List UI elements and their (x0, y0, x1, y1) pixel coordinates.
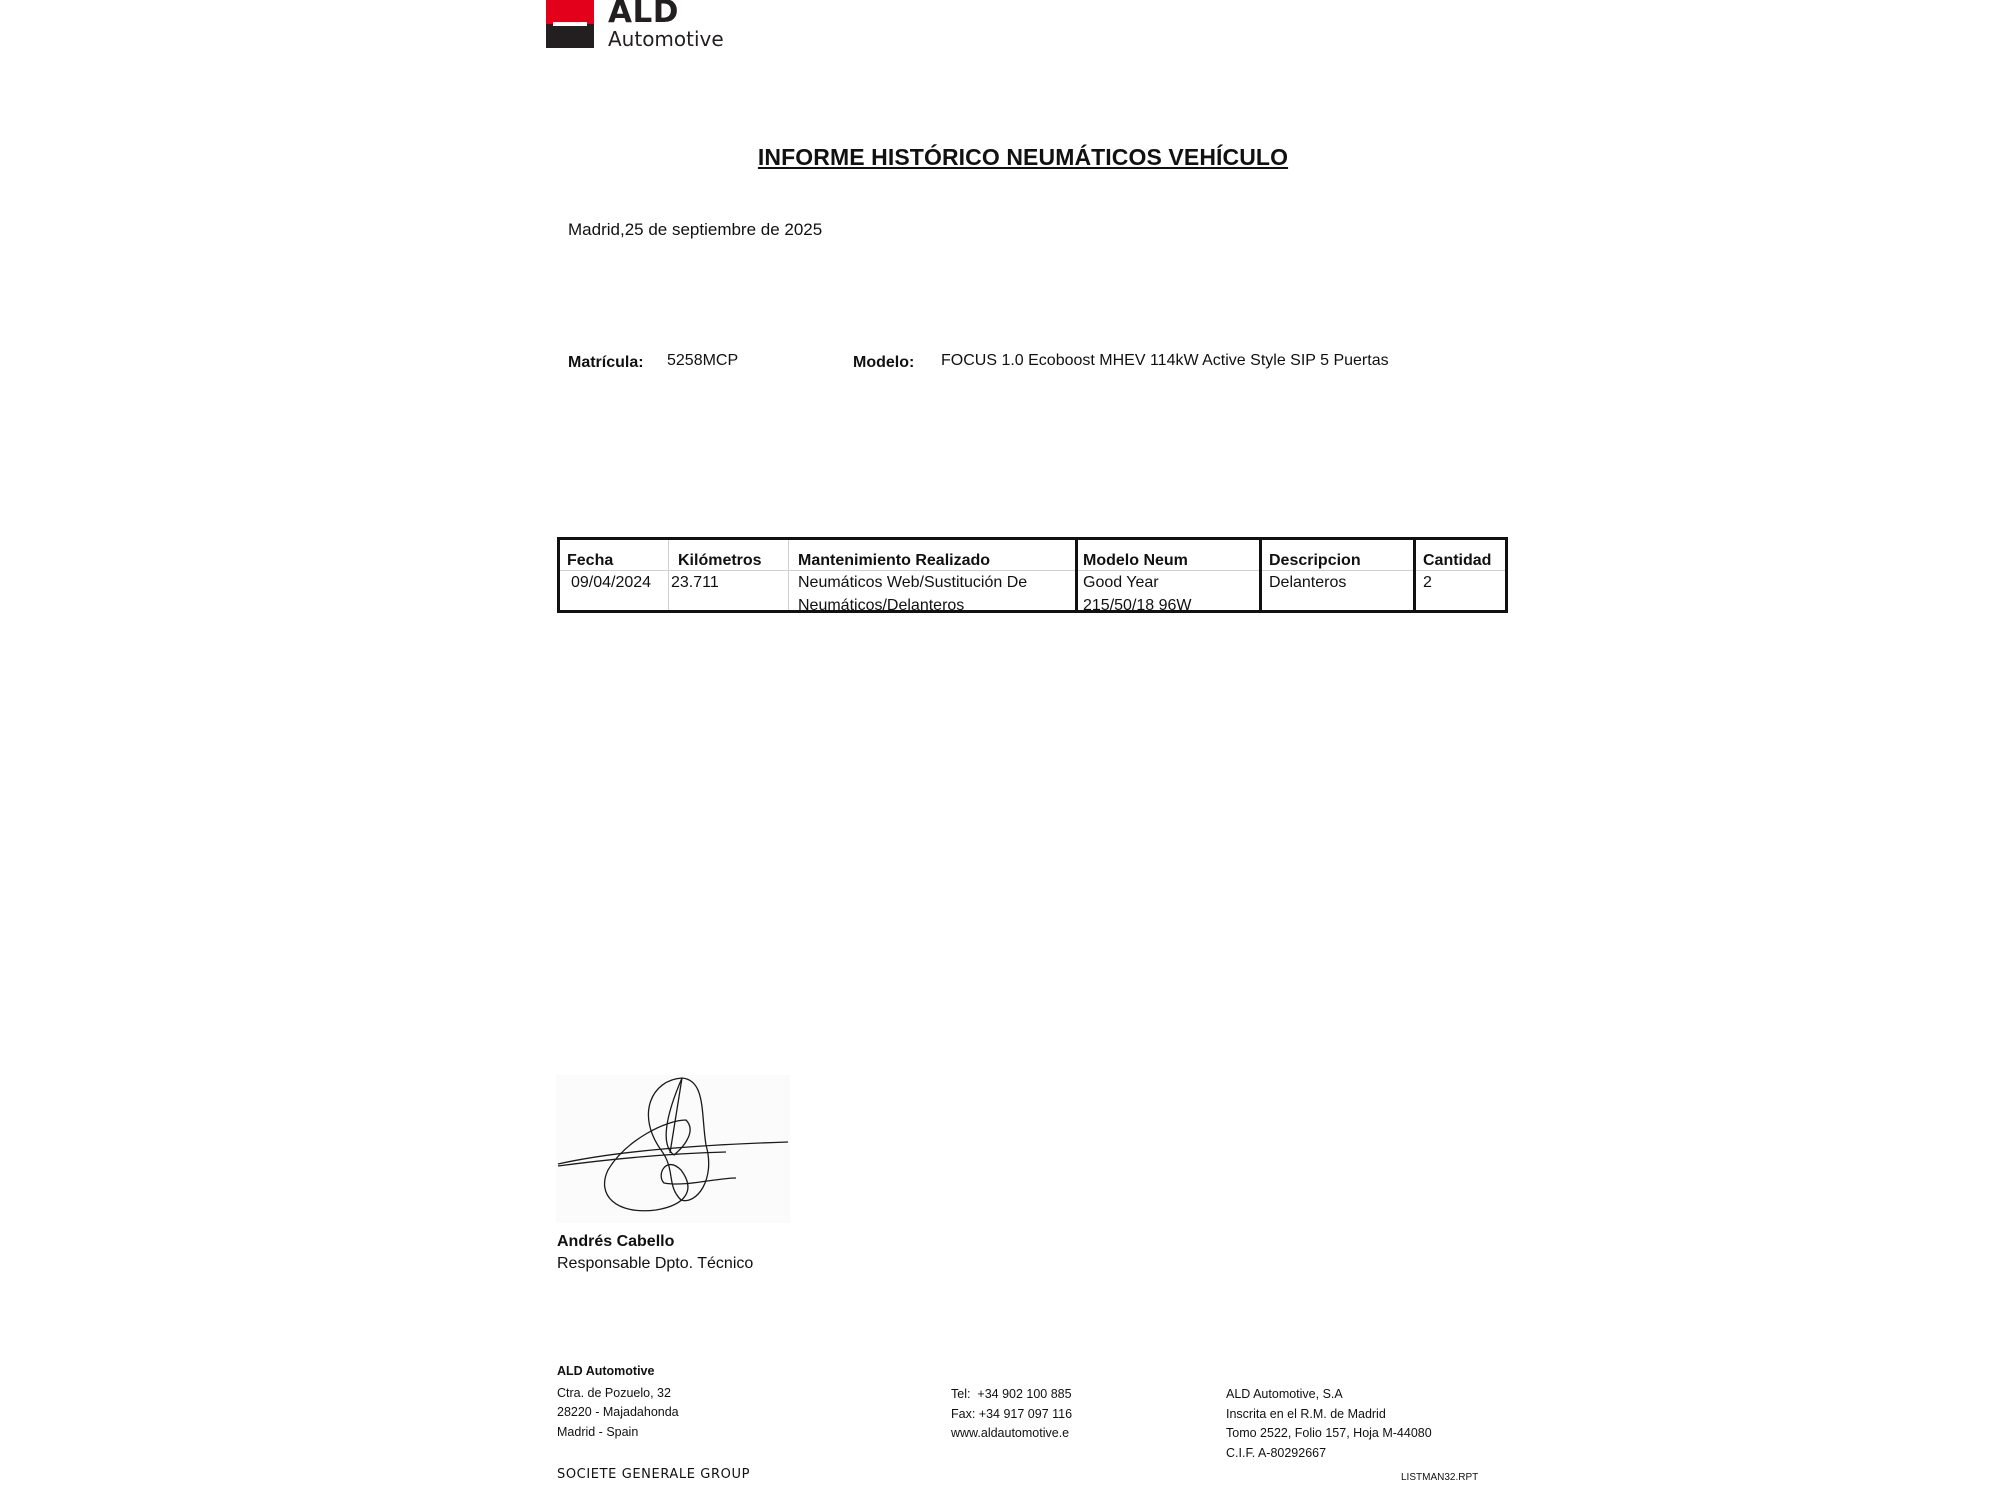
cell-mantenimiento: Neumáticos Web/Sustitución De Neumáticos… (798, 571, 1027, 617)
footer-legal-2: Inscrita en el R.M. de Madrid (1226, 1405, 1432, 1425)
signature-image (556, 1075, 790, 1223)
header-fecha: Fecha (567, 552, 613, 570)
societe-generale-group: SOCIETE GENERALE GROUP (557, 1467, 750, 1482)
footer-legal-1: ALD Automotive, S.A (1226, 1385, 1432, 1405)
place: Madrid, (568, 220, 625, 239)
document-title: INFORME HISTÓRICO NEUMÁTICOS VEHÍCULO (0, 144, 2000, 171)
header-mantenimiento: Mantenimiento Realizado (798, 552, 990, 570)
model-value: FOCUS 1.0 Ecoboost MHEV 114kW Active Sty… (941, 352, 1389, 370)
cell-modelo-neum: Good Year 215/50/18 96W (1083, 571, 1192, 617)
model-label: Modelo: (853, 354, 914, 372)
footer-legal-block: ALD Automotive, S.A Inscrita en el R.M. … (1226, 1385, 1432, 1463)
tire-history-table: Fecha Kilómetros Mantenimiento Realizado… (557, 537, 1508, 613)
footer-legal-4: C.I.F. A-80292667 (1226, 1444, 1432, 1464)
date: 25 de septiembre de 2025 (625, 220, 823, 239)
footer-address-1: Ctra. de Pozuelo, 32 (557, 1384, 679, 1404)
header-descripcion: Descripcion (1269, 552, 1361, 570)
cell-km: 23.711 (671, 571, 719, 594)
footer-fax: Fax: +34 917 097 116 (951, 1405, 1072, 1425)
cell-fecha: 09/04/2024 (571, 571, 651, 594)
plate-label: Matrícula: (568, 354, 644, 372)
footer-company-block: ALD Automotive Ctra. de Pozuelo, 32 2822… (557, 1362, 679, 1442)
logo-mark-icon (546, 0, 594, 48)
footer-legal-3: Tomo 2522, Folio 157, Hoja M-44080 (1226, 1424, 1432, 1444)
footer-contact-block: Tel: +34 902 100 885 Fax: +34 917 097 11… (951, 1385, 1072, 1444)
cell-descripcion: Delanteros (1269, 571, 1346, 594)
logo-title: ALD (608, 0, 679, 30)
date-line: Madrid,25 de septiembre de 2025 (568, 220, 822, 240)
plate-value: 5258MCP (667, 352, 738, 370)
header-kilometros: Kilómetros (678, 552, 762, 570)
footer-website-link[interactable]: www.aldautomotive.e (951, 1424, 1072, 1444)
header-cantidad: Cantidad (1423, 552, 1491, 570)
logo-subtitle: Automotive (608, 27, 724, 51)
cell-cantidad: 2 (1423, 571, 1432, 594)
signer-name: Andrés Cabello (557, 1233, 674, 1251)
signer-role: Responsable Dpto. Técnico (557, 1255, 753, 1273)
header-modelo-neum: Modelo Neum (1083, 552, 1188, 570)
footer-phone: Tel: +34 902 100 885 (951, 1385, 1072, 1405)
footer-address-3: Madrid - Spain (557, 1423, 679, 1443)
ald-automotive-logo: ALD Automotive (546, 0, 728, 50)
report-code: LISTMAN32.RPT (1401, 1472, 1478, 1483)
footer-address-2: 28220 - Majadahonda (557, 1403, 679, 1423)
footer-company: ALD Automotive (557, 1362, 679, 1382)
